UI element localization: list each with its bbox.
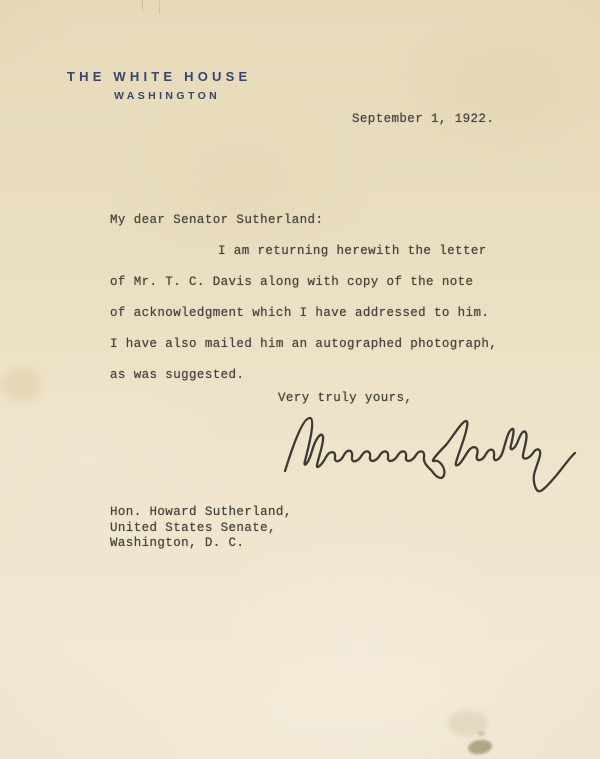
- body-line: I have also mailed him an autographed ph…: [110, 337, 497, 368]
- paper-stain: [478, 731, 485, 736]
- paper-scratch: [159, 0, 160, 14]
- address-line: Hon. Howard Sutherland,: [110, 505, 292, 521]
- body-line: I am returning herewith the letter: [110, 244, 497, 275]
- salutation: My dear Senator Sutherland:: [110, 213, 497, 244]
- paper-stain: [448, 710, 488, 736]
- date-line: September 1, 1922.: [352, 112, 494, 126]
- body-line: of Mr. T. C. Davis along with copy of th…: [110, 275, 497, 306]
- paper-stain: [2, 368, 42, 402]
- letterhead-subtitle: WASHINGTON: [114, 90, 220, 102]
- paper-stain: [467, 738, 493, 755]
- signature-stroke: [285, 418, 575, 491]
- signature-warren-harding: [272, 405, 582, 500]
- address-line: United States Senate,: [110, 521, 292, 537]
- paper-scratch: [142, 0, 143, 11]
- address-line: Washington, D. C.: [110, 536, 292, 552]
- closing-line: Very truly yours,: [278, 391, 412, 405]
- body-line: of acknowledgment which I have addressed…: [110, 306, 497, 337]
- letterhead-title: THE WHITE HOUSE: [67, 69, 251, 84]
- letter-body: My dear Senator Sutherland: I am returni…: [110, 213, 497, 399]
- recipient-address: Hon. Howard Sutherland, United States Se…: [110, 505, 292, 552]
- letter-document: THE WHITE HOUSE WASHINGTON September 1, …: [0, 0, 600, 759]
